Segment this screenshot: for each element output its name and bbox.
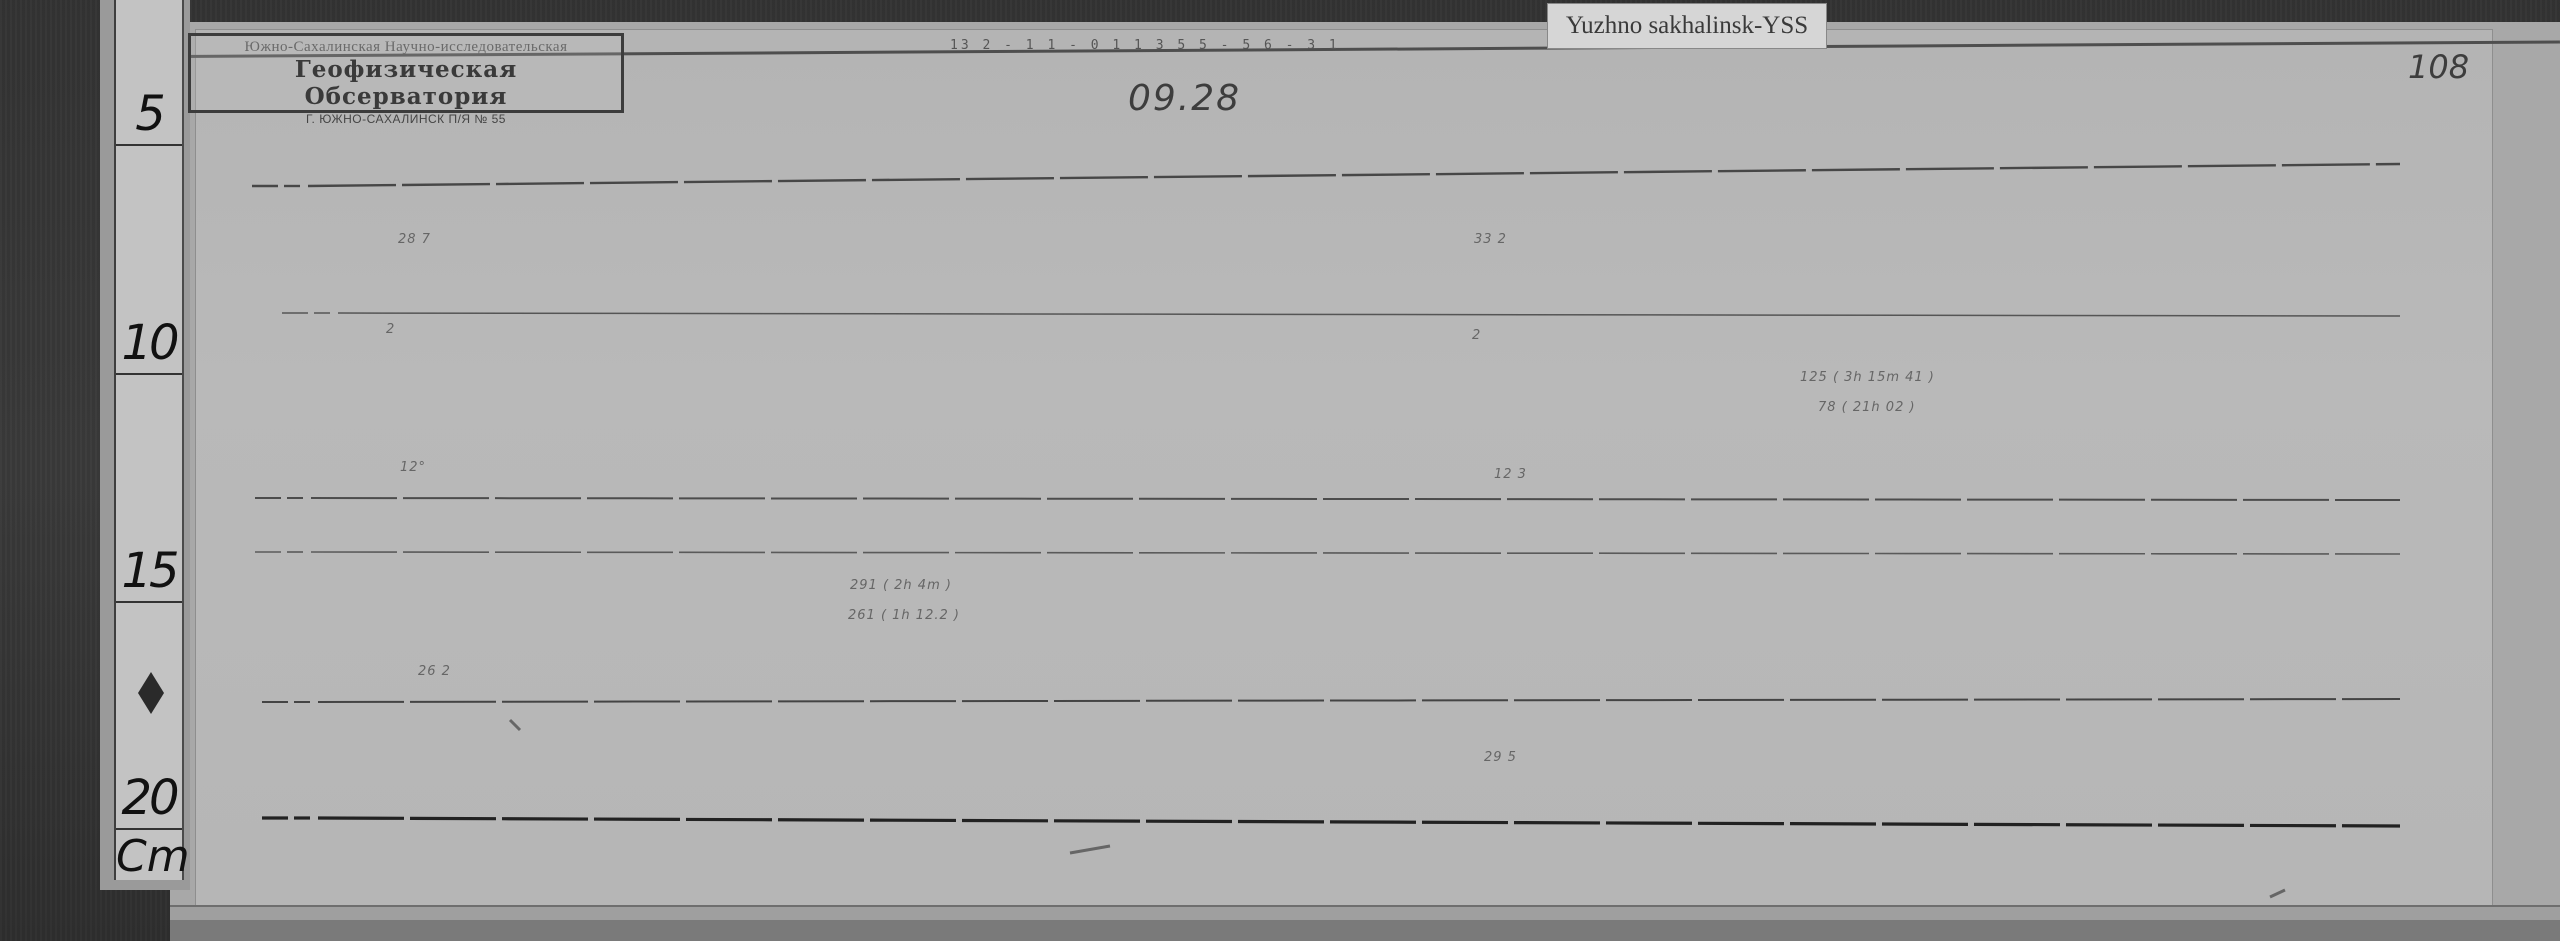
- ruler-unit: Cm: [116, 832, 182, 882]
- annotation: 29 5: [1484, 750, 1517, 765]
- annotation: 2: [1472, 328, 1481, 343]
- station-label: Yuzhno sakhalinsk-YSS: [1547, 3, 1827, 49]
- annotation: 261 ( 1h 12.2 ): [848, 608, 960, 623]
- annotation: 12°: [400, 460, 426, 475]
- ruler-mark-5: 5: [116, 0, 182, 146]
- scale-ruler: 5 10 15 20 Cm: [114, 0, 184, 880]
- ruler-mark-10: 10: [116, 146, 182, 375]
- trace-3: [311, 498, 2400, 500]
- trace-2: [338, 313, 2400, 316]
- page-number: 108: [2408, 48, 2469, 86]
- annotation: 125 ( 3h 15m 41 ): [1800, 370, 1935, 385]
- annotation: 291 ( 2h 4m ): [850, 578, 952, 593]
- annotation: 12 3: [1494, 467, 1527, 482]
- stamp-line-1: Южно-Сахалинская Научно-исследовательска…: [191, 39, 621, 56]
- annotation: 28 7: [398, 232, 431, 247]
- ruler-mark-20: 20: [116, 603, 182, 830]
- observatory-stamp: Южно-Сахалинская Научно-исследовательска…: [188, 33, 624, 113]
- stamp-line-2: Геофизическая Обсерватория: [191, 56, 621, 110]
- annotation: 2: [386, 322, 395, 337]
- trace-5: [318, 699, 2400, 702]
- trace-6: [318, 818, 2400, 826]
- seismogram-traces: [0, 0, 2560, 941]
- date-note: 09.28: [1128, 78, 1241, 119]
- trace-1: [308, 164, 2400, 186]
- stamp-line-3: Г. ЮЖНО-САХАЛИНСК П/Я № 55: [191, 112, 621, 126]
- header-scribble: 13 2 - 1 1 - 0 1 1 3 5 5 - 5 6 - 3 1: [950, 38, 1340, 53]
- trace-4: [311, 552, 2400, 554]
- annotation: 26 2: [418, 664, 451, 679]
- annotation: 33 2: [1474, 232, 1507, 247]
- annotation: 78 ( 21h 02 ): [1818, 400, 1916, 415]
- ruler-mark-15: 15: [116, 375, 182, 603]
